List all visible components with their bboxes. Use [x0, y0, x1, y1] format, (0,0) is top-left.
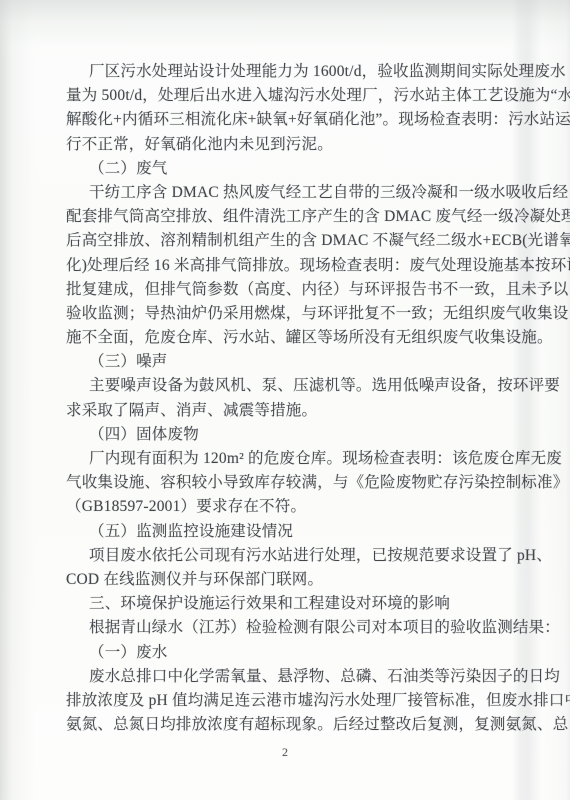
text-line: 废水总排口中化学需氧量、悬浮物、总磷、石油类等污染因子的日均: [66, 665, 520, 689]
text-line: （一）废水: [66, 641, 520, 665]
scanned-document-page: 厂区污水处理站设计处理能力为 1600t/d，验收监测期间实际处理废水量为 50…: [0, 0, 570, 800]
text-line: 排放浓度及 pH 值均满足连云港市墟沟污水处理厂接管标准，但废水排口中: [66, 689, 520, 713]
page-number: 2: [0, 745, 570, 759]
text-line: 量为 500t/d，处理后出水进入墟沟污水处理厂，污水站主体工艺设施为“水: [66, 84, 520, 108]
text-line: 后高空排放、溶剂精制机组产生的含 DMAC 不凝气经二级水+ECB(光谱氧: [66, 229, 520, 253]
text-line: （二）废气: [66, 157, 520, 181]
text-line: 项目废水依托公司现有污水站进行处理，已按规范要求设置了 pH、: [66, 544, 520, 568]
text-line: （四）固体废物: [66, 423, 520, 447]
text-line: 解酸化+内循环三相流化床+缺氧+好氧硝化池”。现场检查表明：污水站运: [66, 108, 520, 132]
text-line: 配套排气筒高空排放、组件清洗工序产生的含 DMAC 废气经一级冷凝处理: [66, 205, 520, 229]
text-line: 验收监测；导热油炉仍采用燃煤，与环评批复不一致；无组织废气收集设: [66, 302, 520, 326]
text-line: 行不正常，好氧硝化池内未见到污泥。: [66, 133, 520, 157]
text-line: 氨氮、总氮日均排放浓度有超标现象。后经过整改后复测，复测氨氮、总: [66, 713, 520, 737]
text-line: （三）噪声: [66, 350, 520, 374]
text-line: （五）监测监控设施建设情况: [66, 520, 520, 544]
text-line: 批复建成，但排气筒参数（高度、内径）与环评报告书不一致，且未予以: [66, 278, 520, 302]
text-line: 化)处理后经 16 米高排气筒排放。现场检查表明：废气处理设施基本按环评: [66, 254, 520, 278]
text-line: 施不全面，危废仓库、污水站、罐区等场所没有无组织废气收集设施。: [66, 326, 520, 350]
text-line: 求采取了隔声、消声、减震等措施。: [66, 399, 520, 423]
text-line: 厂内现有面积为 120m² 的危废仓库。现场检查表明：该危废仓库无废: [66, 447, 520, 471]
text-line: 主要噪声设备为鼓风机、泵、压滤机等。选用低噪声设备，按环评要: [66, 374, 520, 398]
text-line: （GB18597-2001）要求存在不符。: [66, 495, 520, 519]
text-line: COD 在线监测仪并与环保部门联网。: [66, 568, 520, 592]
text-line: 气收集设施、容积较小导致库存较满，与《危险废物贮存污染控制标准》: [66, 471, 520, 495]
document-text-block: 厂区污水处理站设计处理能力为 1600t/d，验收监测期间实际处理废水量为 50…: [66, 60, 520, 737]
text-line: 根据青山绿水（江苏）检验检测有限公司对本项目的验收监测结果：: [66, 616, 520, 640]
text-line: 干纺工序含 DMAC 热风废气经工艺自带的三级冷凝和一级水吸收后经: [66, 181, 520, 205]
text-line: 厂区污水处理站设计处理能力为 1600t/d，验收监测期间实际处理废水: [66, 60, 520, 84]
text-line: 三、环境保护设施运行效果和工程建设对环境的影响: [66, 592, 520, 616]
